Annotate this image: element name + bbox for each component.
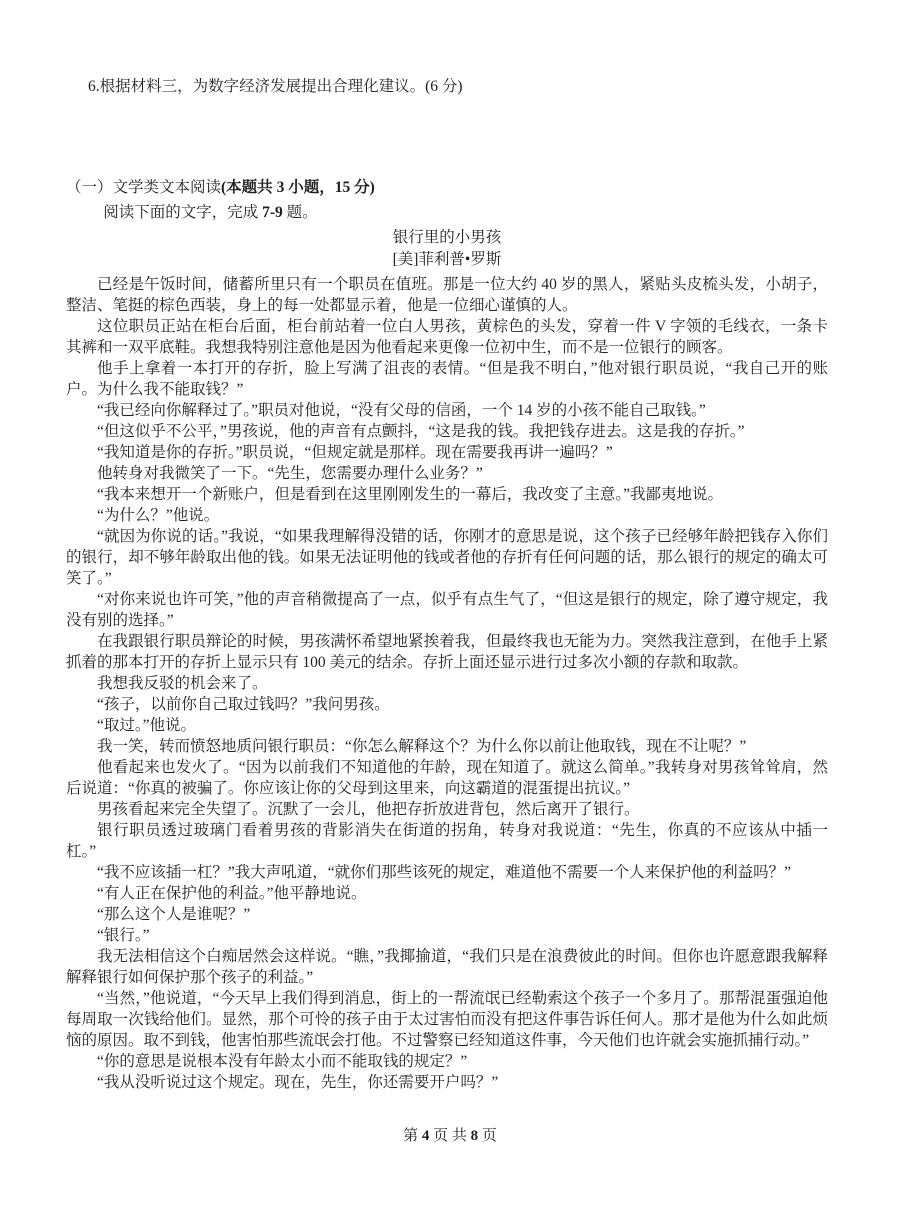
instruction-prefix: 阅读下面的文字，完成	[103, 204, 262, 221]
story-author: [美]菲利普•罗斯	[66, 249, 828, 271]
story-paragraph: 他看起来也发火了。“因为以前我们不知道他的年龄，现在知道了。就这么简单。”我转身…	[66, 757, 828, 799]
section-heading-suffix: 分)	[350, 179, 375, 196]
story-title: 银行里的小男孩	[66, 227, 828, 249]
story-paragraph: 他转身对我微笑了一下。“先生，您需要办理什么业务？”	[66, 463, 828, 484]
story-paragraph: “我已经向你解释过了。”职员对他说，“没有父母的信函，一个 14 岁的小孩不能自…	[66, 400, 828, 421]
story-paragraph: “对你来说也许可笑，”他的声音稍微提高了一点，似乎有点生气了，“但这是银行的规定…	[66, 589, 828, 631]
page-number-footer: 第 4 页 共 8 页	[0, 1126, 900, 1146]
section-heading-label: （一）文学类文本阅读	[66, 179, 221, 196]
story-paragraph: “我从没听说过这个规定。现在，先生，你还需要开户吗？”	[66, 1072, 828, 1093]
story-paragraph: “我不应该插一杠？”我大声吼道，“就你们那些该死的规定，难道他不需要一个人来保护…	[66, 862, 828, 883]
story-paragraph: “有人正在保护他的利益。”他平静地说。	[66, 883, 828, 904]
story-paragraph: “我知道是你的存折。”职员说，“但规定就是那样。现在需要我再讲一遍吗？”	[66, 442, 828, 463]
footer-prefix: 第	[403, 1128, 422, 1144]
story-paragraph: “你的意思是说根本没有年龄太小而不能取钱的规定？”	[66, 1051, 828, 1072]
story-paragraph: “为什么？”他说。	[66, 505, 828, 526]
exam-page: 6.根据材料三，为数字经济发展提出合理化建议。(6 分) （一）文学类文本阅读(…	[0, 0, 900, 1223]
section-heading-middle: 小题，	[284, 179, 334, 196]
question-6: 6.根据材料三，为数字经济发展提出合理化建议。(6 分)	[66, 76, 828, 97]
story-paragraph: “孩子，以前你自己取过钱吗？”我问男孩。	[66, 694, 828, 715]
story-paragraph: 这位职员正站在柜台后面，柜台前站着一位白人男孩，黄棕色的头发，穿着一件 V 字领…	[66, 316, 828, 358]
story-paragraph: 银行职员透过玻璃门看着男孩的背影消失在街道的拐角，转身对我说道：“先生，你真的不…	[66, 820, 828, 862]
section-score: 15	[335, 179, 351, 196]
story-paragraph: 男孩看起来完全失望了。沉默了一会儿，他把存折放进背包，然后离开了银行。	[66, 799, 828, 820]
story-paragraph: 在我跟银行职员辩论的时候，男孩满怀希望地紧挨着我，但最终我也无能为力。突然我注意…	[66, 631, 828, 673]
story-paragraph: “那么这个人是谁呢？”	[66, 904, 828, 925]
story-paragraph: 我想我反驳的机会来了。	[66, 673, 828, 694]
section-heading-paren: (本题共	[221, 179, 277, 196]
story-paragraph: “银行。”	[66, 925, 828, 946]
instruction-question-range: 7-9	[262, 204, 283, 221]
story-paragraph: 已经是午饭时间，储蓄所里只有一个职员在值班。那是一位大约 40 岁的黑人，紧贴头…	[66, 274, 828, 316]
story-paragraph: “我本来想开一个新账户，但是看到在这里刚刚发生的一幕后，我改变了主意。”我鄙夷地…	[66, 484, 828, 505]
reading-instruction: 阅读下面的文字，完成 7-9 题。	[66, 202, 828, 224]
story-paragraph: “但这似乎不公平，”男孩说，他的声音有点颤抖，“这是我的钱。我把钱存进去。这是我…	[66, 421, 828, 442]
blank-answer-space	[66, 97, 828, 177]
story-paragraph: “当然，”他说道，“今天早上我们得到消息，街上的一帮流氓已经勒索这个孩子一个多月…	[66, 988, 828, 1051]
story-paragraph: “取过。”他说。	[66, 715, 828, 736]
footer-total-pages: 8	[471, 1128, 479, 1144]
instruction-suffix: 题。	[283, 204, 318, 221]
story-paragraph: 他手上拿着一本打开的存折，脸上写满了沮丧的表情。“但是我不明白，”他对银行职员说…	[66, 358, 828, 400]
footer-middle: 页 共	[429, 1128, 470, 1144]
story-paragraph: 我一笑，转而愤怒地质问银行职员：“你怎么解释这个？为什么你以前让他取钱，现在不让…	[66, 736, 828, 757]
story-paragraph: 我无法相信这个白痴居然会这样说。“瞧，”我揶揄道，“我们只是在浪费彼此的时间。但…	[66, 946, 828, 988]
story-body: 已经是午饭时间，储蓄所里只有一个职员在值班。那是一位大约 40 岁的黑人，紧贴头…	[66, 274, 828, 1093]
story-paragraph: “就因为你说的话。”我说，“如果我理解得没错的话，你刚才的意思是说，这个孩子已经…	[66, 526, 828, 589]
footer-suffix: 页	[478, 1128, 497, 1144]
section-heading: （一）文学类文本阅读(本题共 3 小题，15 分)	[66, 177, 828, 199]
